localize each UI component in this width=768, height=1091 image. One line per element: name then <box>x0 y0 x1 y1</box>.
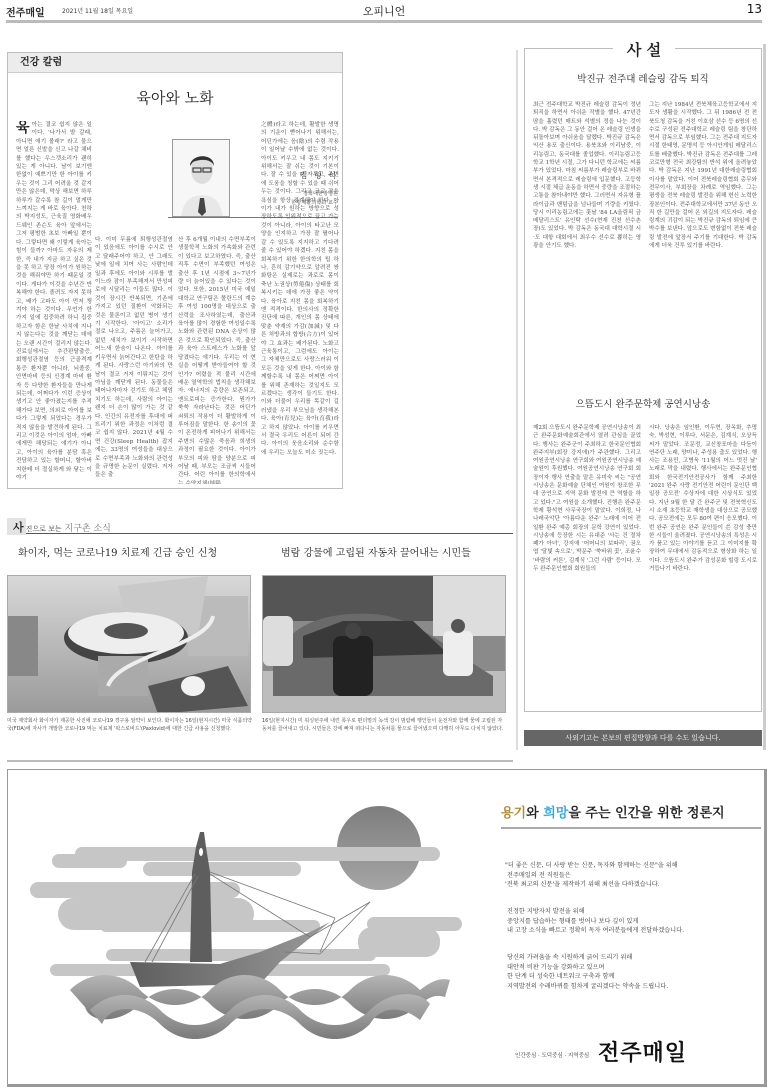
disclaimer-banner: 사외기고는 본보의 편집방향과 다를 수도 있습니다. <box>524 730 762 746</box>
article-column-1: 육 아는 결코 쉽지 않은 일이다. '나가서 밭 갈래, 아니면 애기 볼래?… <box>16 121 92 483</box>
ad-slogan: 용기와 희망을 주는 인간을 위한 정론지 <box>501 802 725 821</box>
article-title: 육아와 노화 <box>8 87 342 108</box>
photo-news-header: 사진으로 보는 지구촌 소식 <box>7 516 513 534</box>
pill-machine-image-icon <box>8 576 251 713</box>
ad-logo: 전주매일 <box>598 1036 687 1067</box>
header-rest: 지구촌 소식 <box>62 524 111 534</box>
editorial-column: 시다. 낭송은 임인환, 이두현, 장옥화, 추명숙, 박성현, 이루다, 서문… <box>649 424 757 708</box>
editorial-column: 최근 전주대학교 박진규 레슬링 감독이 정년퇴직을 하면서 아쉬운 작별을 했… <box>533 101 641 403</box>
ad-paragraph: 진정한 지방자치 발전을 위해 중앙지를 답습하는 형태를 벗어나 보다 깊이 … <box>505 907 684 936</box>
header-initial: 사 <box>7 518 26 535</box>
ad-rule <box>501 827 761 829</box>
slogan-rest: 을 주는 인간을 위한 정론지 <box>568 806 724 821</box>
slogan-hope: 희망 <box>543 806 568 821</box>
author-portrait-icon <box>173 140 230 217</box>
header-small: 진으로 보는 <box>26 525 62 533</box>
slogan-courage: 용기 <box>501 806 526 821</box>
editorial-label-text: 사 설 <box>613 41 675 59</box>
photo-title: 범람 강물에 고립된 자동차 끌어내는 시민들 <box>281 544 471 559</box>
section-divider <box>7 760 513 762</box>
masthead-rule <box>6 20 762 23</box>
editorial-box: 사 설 박진규 전주대 레슬링 감독 퇴직 최근 전주대학교 박진규 레슬링 감… <box>524 48 762 712</box>
page-edge-rule <box>763 44 766 750</box>
dropcap: 육 <box>16 121 30 135</box>
slogan-and: 와 <box>526 806 543 821</box>
article-column-3: 산 후 6개월 이내의 수면부족이 생물학적 노화의 가속화와 관련이 있다고 … <box>178 236 256 484</box>
author-photo <box>172 139 230 217</box>
column-section-label: 건강 칼럼 <box>8 53 342 73</box>
flooded-car-image-icon <box>263 576 506 713</box>
pill-machine-photo <box>7 575 251 713</box>
section-title: 오피니언 <box>0 3 768 19</box>
flooded-car-photo <box>262 575 506 713</box>
column-text: 아는 결코 쉽지 않은 일이다. '나가서 밭 갈래, 아니면 애기 볼래?' … <box>16 122 92 481</box>
editorial-label: 사 설 <box>525 39 763 60</box>
article-column-4: 之體)라고 하는데, 활발한 생명의 기운이 뻗어나기 위해서는, 어딘가에는 … <box>261 121 339 483</box>
ad-motto: 인간중심 · 도덕중심 · 지역중심 <box>515 1051 589 1059</box>
editorial-column: 제2회 으뜸도시 완주문학제 공연시낭송이 최근 완주문화예술회관에서 열려 관… <box>533 424 641 708</box>
editorial-column: 그는 지난 1984년 전북체육고등학교에서 지도자 생활을 시작했다. 그 뒤… <box>649 101 757 403</box>
photo-caption: 16일(현지시간) 미 워싱턴주에 내린 폭우로 편더멀의 녹색 강이 범람해 … <box>262 717 507 733</box>
ad-paragraph: "더 좋은 신문, 더 사랑 받는 신문, 독자와 함께하는 신문"을 위해 전… <box>505 861 678 890</box>
pen-ship-illustration-icon <box>30 792 490 1062</box>
editorial-title: 박진규 전주대 레슬링 감독 퇴직 <box>525 71 761 85</box>
article-column-2: 다. 이미 무릎에 퇴행성관절염이 있음에도 아이를 수시로 안고 달래주어야 … <box>95 236 173 484</box>
masthead: 전주매일 2021년 11월 18일 목요일 오피니언 13 <box>0 0 768 24</box>
editorial-title: 으뜸도시 완주문학제 공연시낭송 <box>525 396 761 410</box>
health-column: 건강 칼럼 육아와 노화 육 아는 결코 쉽지 않은 일이다. '나가서 밭 갈… <box>7 52 343 489</box>
column-divider <box>516 50 518 750</box>
page-number: 13 <box>747 2 762 16</box>
ad-paragraph: 당신의 가려움을 속 시원하게 긁어 드리기 위해 대안적 비판 기능을 강화하… <box>505 953 668 991</box>
self-promo-ad: 용기와 희망을 주는 인간을 위한 정론지 "더 좋은 신문, 더 사랑 받는 … <box>7 769 767 1087</box>
photo-caption: 미국 제약회사 화이자가 제공한 사진에 코로나19 경구용 알약이 보인다. … <box>7 717 252 733</box>
photo-title: 화이자, 먹는 코로나19 치료제 긴급 승인 신청 <box>18 544 217 559</box>
